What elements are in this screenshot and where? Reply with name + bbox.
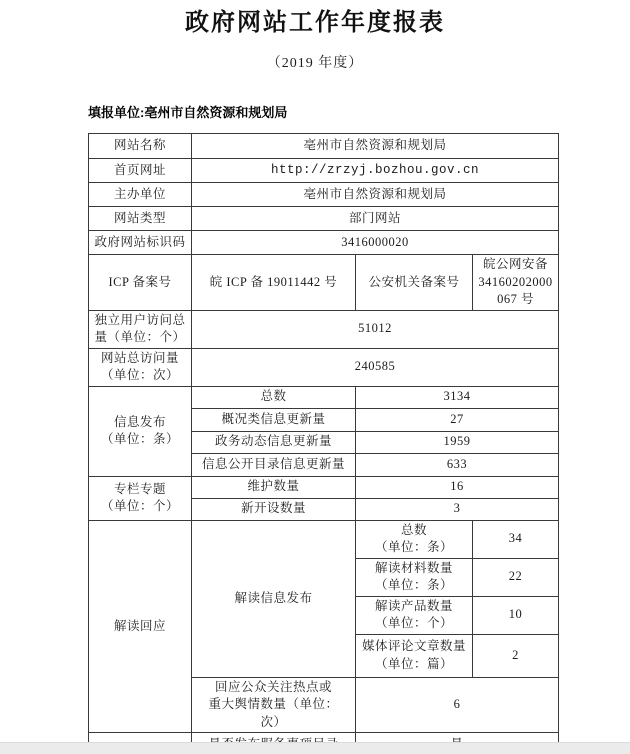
overview-update-label: 概况类信息更新量 [192,408,356,431]
unique-visitors-label: 独立用户访问总 量（单位：个） [89,310,192,348]
site-code-label: 政府网站标识码 [89,231,192,255]
hot-response-label: 回应公众关注热点或 重大舆情数量（单位： 次） [192,677,356,733]
interpretation-publish-label: 解读信息发布 [192,520,356,677]
site-type-label: 网站类型 [89,207,192,231]
overview-update-value: 27 [356,408,559,431]
hot-response-value: 6 [356,677,559,733]
gov-news-update-value: 1959 [356,431,559,453]
table-row: 网站名称 亳州市自然资源和规划局 [89,134,559,159]
interpretation-materials-value: 22 [473,558,559,596]
media-comment-articles-value: 2 [473,634,559,677]
reporting-unit-line: 填报单位:亳州市自然资源和规划局 [88,105,630,121]
page-title: 政府网站工作年度报表 [0,8,630,38]
site-name-value: 亳州市自然资源和规划局 [192,134,559,159]
table-row: 独立用户访问总 量（单位：个） 51012 [89,310,559,348]
table-row: 首页网址 http://zrzyj.bozhou.gov.cn [89,159,559,183]
interpretation-products-label: 解读产品数量 （单位：个） [356,596,473,634]
new-columns-label: 新开设数量 [192,498,356,520]
unique-visitors-value: 51012 [192,310,559,348]
open-catalog-update-value: 633 [356,453,559,476]
icp-label: ICP 备案号 [89,255,192,311]
info-release-total-value: 3134 [356,386,559,408]
table-row: 信息发布 （单位：条） 总数 3134 [89,386,559,408]
sponsor-unit-value: 亳州市自然资源和规划局 [192,183,559,207]
info-release-total-label: 总数 [192,386,356,408]
site-name-label: 网站名称 [89,134,192,159]
media-comment-articles-label: 媒体评论文章数量 （单位：篇） [356,634,473,677]
table-row: 解读回应 解读信息发布 总数 （单位：条） 34 [89,520,559,558]
report-year-subtitle: （2019 年度） [0,55,630,73]
table-row: 网站总访问量 （单位：次） 240585 [89,348,559,386]
homepage-url-label: 首页网址 [89,159,192,183]
interpretation-products-value: 10 [473,596,559,634]
police-record-value: 皖公网安备 34160202000 067 号 [473,255,559,311]
table-row: 主办单位 亳州市自然资源和规划局 [89,183,559,207]
site-code-value: 3416000020 [192,231,559,255]
table-row: 专栏专题 （单位：个） 维护数量 16 [89,476,559,498]
maintained-count-label: 维护数量 [192,476,356,498]
table-row: 政府网站标识码 3416000020 [89,231,559,255]
page-bottom-strip [0,742,630,754]
annual-report-table: 网站名称 亳州市自然资源和规划局 首页网址 http://zrzyj.bozho… [88,133,559,754]
icp-value: 皖 ICP 备 19011442 号 [192,255,356,311]
sponsor-unit-label: 主办单位 [89,183,192,207]
interpretation-materials-label: 解读材料数量 （单位：条） [356,558,473,596]
police-record-label: 公安机关备案号 [356,255,473,311]
interpretation-total-value: 34 [473,520,559,558]
table-row: ICP 备案号 皖 ICP 备 19011442 号 公安机关备案号 皖公网安备… [89,255,559,311]
table-row: 网站类型 部门网站 [89,207,559,231]
open-catalog-update-label: 信息公开目录信息更新量 [192,453,356,476]
maintained-count-value: 16 [356,476,559,498]
special-columns-section-label: 专栏专题 （单位：个） [89,476,192,520]
homepage-url-value: http://zrzyj.bozhou.gov.cn [192,159,559,183]
total-visits-label: 网站总访问量 （单位：次） [89,348,192,386]
site-type-value: 部门网站 [192,207,559,231]
info-release-section-label: 信息发布 （单位：条） [89,386,192,476]
total-visits-value: 240585 [192,348,559,386]
interpretation-total-label: 总数 （单位：条） [356,520,473,558]
interpretation-section-label: 解读回应 [89,520,192,733]
new-columns-value: 3 [356,498,559,520]
gov-news-update-label: 政务动态信息更新量 [192,431,356,453]
